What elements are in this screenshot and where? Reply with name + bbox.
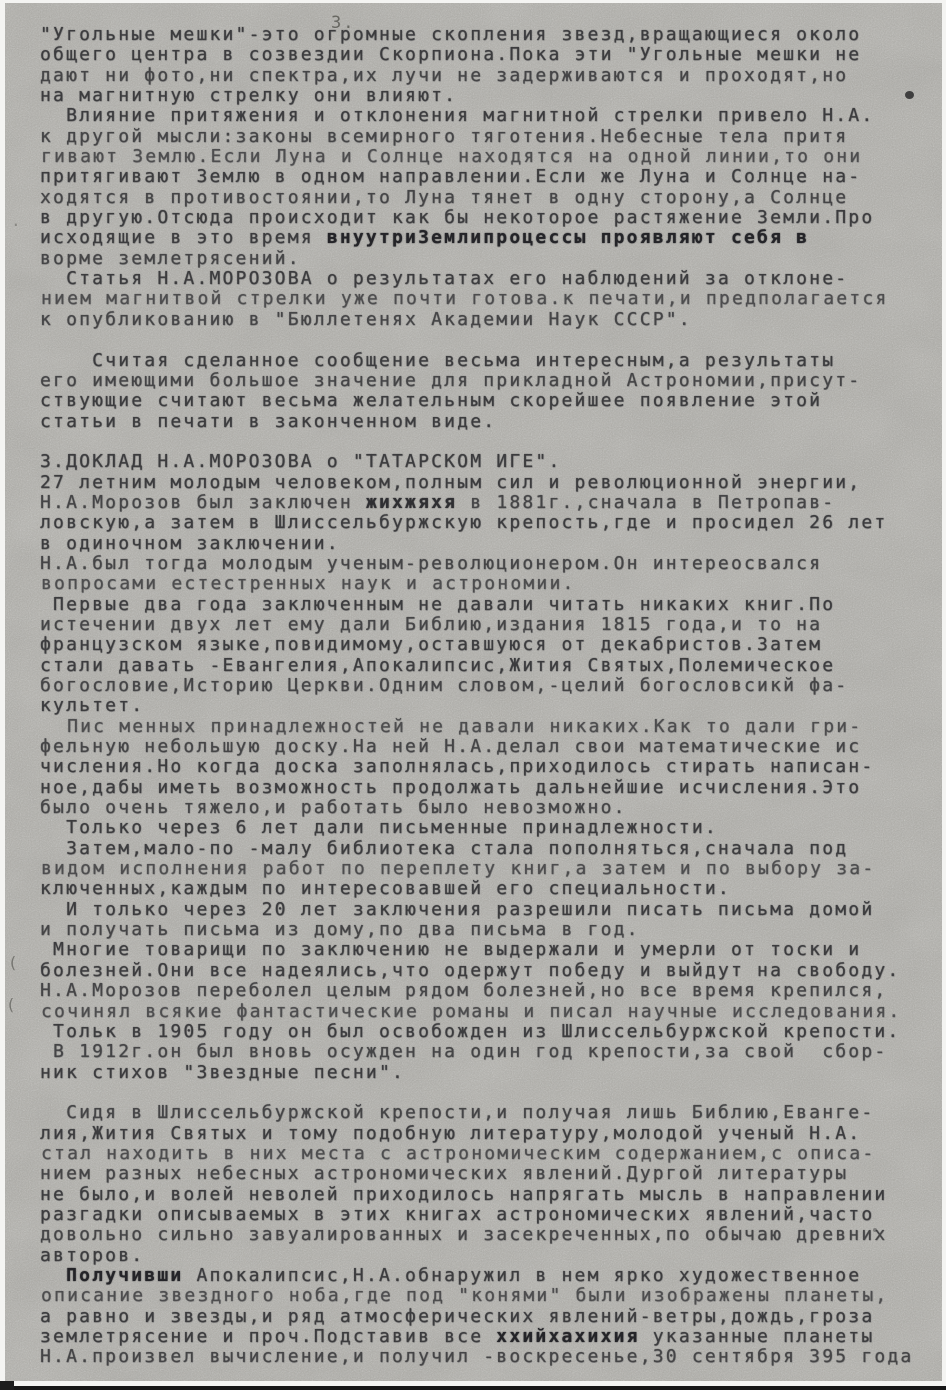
text-line: авторов. [40,1246,940,1266]
text-line: к другой мысли:законы всемирного тяготен… [40,127,940,147]
text-line: дают ни фото,ни спектра,их лучи не задер… [40,66,940,86]
text-line: Пис менных принадлежностей не давали ник… [41,717,941,737]
margin-artifact: ( [6,995,16,1014]
text-line: разгадки описываемых в этих книгах астро… [40,1205,940,1225]
text-line: нием разных небесных астрономических явл… [40,1164,940,1184]
text-line: Н.А.произвел вычисление,и получил -воскр… [40,1347,940,1367]
margin-artifact: . [11,211,21,230]
text-line: ствующие считают весьма желательным скор… [40,391,940,411]
text-line: Н.А.Морозов был заключен жихжяхя в 1881г… [40,493,940,513]
text-line: Н.А.Морозов переболел целым рядом болезн… [40,981,940,1001]
text-line: числения.Но когда доска заполнялась,прих… [40,757,940,777]
text-line: было очень тяжело,и работать было невозм… [40,798,940,818]
text-line: стали давать -Евангелия,Апокалипсис,Жити… [40,656,940,676]
text-line: Многие товарищи по заключению не выдержа… [40,940,940,960]
text-line: в одиночном заключении. [40,534,940,554]
text-line: исходящие в это время внуутриЗемлипроцес… [40,228,940,248]
text-line: ворме землетрясений. [40,249,940,269]
text-line: З.ДОКЛАД Н.А.МОРОЗОВА о "ТАТАРСКОМ ИГЕ". [40,452,940,472]
text-line: вопросами естестренных наук и астрономии… [41,574,941,594]
text-line: на магнитную стрелку они влияют. [40,86,940,106]
text-line: статьи в печати в законченном виде. [40,412,940,432]
text-line: Статья Н.А.МОРОЗОВА о результатах его на… [40,269,940,289]
text-body: "Угольные мешки"-это огромные скопления … [40,25,940,1368]
text-line: и получать письма из дому,по два письма … [40,920,940,940]
text-line: Только через 6 лет дали письменные прина… [40,818,940,838]
scan-corner-shadow [0,1381,14,1390]
text-line [40,330,940,350]
text-line: ловскую,а затем в Шлиссельбуржскую крепо… [40,513,940,533]
text-line: нием магнитвой стрелки уже почти готова.… [41,289,941,309]
text-line [41,432,941,452]
text-line: видом исполнения работ по переплету книг… [41,859,941,879]
text-line: Первые два года заключенным не давали чи… [40,595,940,615]
text-line: Влияние притяжения и отклонения магнитно… [40,106,940,126]
text-line: описание звездного ноба,где под "конями"… [41,1286,941,1306]
text-line: болезней.Они все надеялись,что одержут п… [40,961,940,981]
text-line: богословие,Историю Церкви.Одним словом,-… [40,676,940,696]
ink-speck [873,1228,877,1232]
text-line: ходятся в противостоянии,то Луна тянет в… [40,188,940,208]
text-line: сочинял всякие фантастические романы и п… [41,1002,941,1022]
text-line: ное,дабы иметь возможность продолжать да… [40,778,940,798]
paper-background: 3. "Угольные мешки"-это огромные скоплен… [5,3,942,1381]
text-line: фельную небольшую доску.На ней Н.А.делал… [40,737,940,757]
text-line: истечении двух лет ему дали Библию,издан… [40,615,940,635]
document-page: 3. "Угольные мешки"-это огромные скоплен… [0,0,946,1390]
text-line: Тольк в 1905 году он был освобожден из Ш… [40,1022,940,1042]
text-line: культет. [40,696,940,716]
text-line: стал находить в них места с астрономичес… [41,1144,941,1164]
text-line: довольно сильно завуалированных и засекр… [40,1225,940,1245]
text-line: В 1912г.он был вновь осужден на один год… [40,1042,940,1062]
scan-bottom-edge [0,1386,946,1390]
text-line: ник стихов "Звездные песни". [40,1063,940,1083]
text-line: гивают Землю.Если Луна и Солнце находятс… [41,147,941,167]
text-line: общего центра в созвездии Скорпиона.Пока… [40,45,940,65]
text-line: Сидя в Шлиссельбуржской крепости,и получ… [40,1103,940,1123]
text-line: не было,и волей неволей приходилось напр… [40,1185,940,1205]
text-line [40,1083,940,1103]
text-line: притягивают Землю в одном направлении.Ес… [40,167,940,187]
text-line: землетрясение и проч.Подставив все ххийх… [40,1327,940,1347]
text-line: Н.А.был тогда молодым ученым-революционе… [40,554,940,574]
text-line: "Угольные мешки"-это огромные скопления … [40,25,940,45]
text-line: а равно и звезды,и ряд атмосферических я… [40,1307,940,1327]
text-line: французском языке,повидимому,оставшуюся … [40,635,940,655]
text-line: в другую.Отсюда происходит как бы некото… [40,208,940,228]
text-line: Затем,мало-по -малу библиотека стала поп… [40,839,940,859]
text-line: Получивши Апокалипсис,Н.А.обнаружил в не… [40,1266,940,1286]
text-line: 27 летним молодым человеком,полным сил и… [40,473,940,493]
text-line: Считая сделанное сообщение весьма интере… [40,351,940,371]
text-line: его имеющими большое значение для прикла… [40,371,940,391]
margin-artifact: ( [8,953,18,972]
text-line: И только через 20 лет заключения разреши… [40,900,940,920]
text-line: ключенных,каждым по интересовавшей его с… [40,879,940,899]
text-line: лия,Жития Святых и тому подобную литерат… [40,1124,940,1144]
ink-speck [905,91,914,99]
text-line: к опубликованию в "Бюллетенях Академии Н… [40,310,940,330]
